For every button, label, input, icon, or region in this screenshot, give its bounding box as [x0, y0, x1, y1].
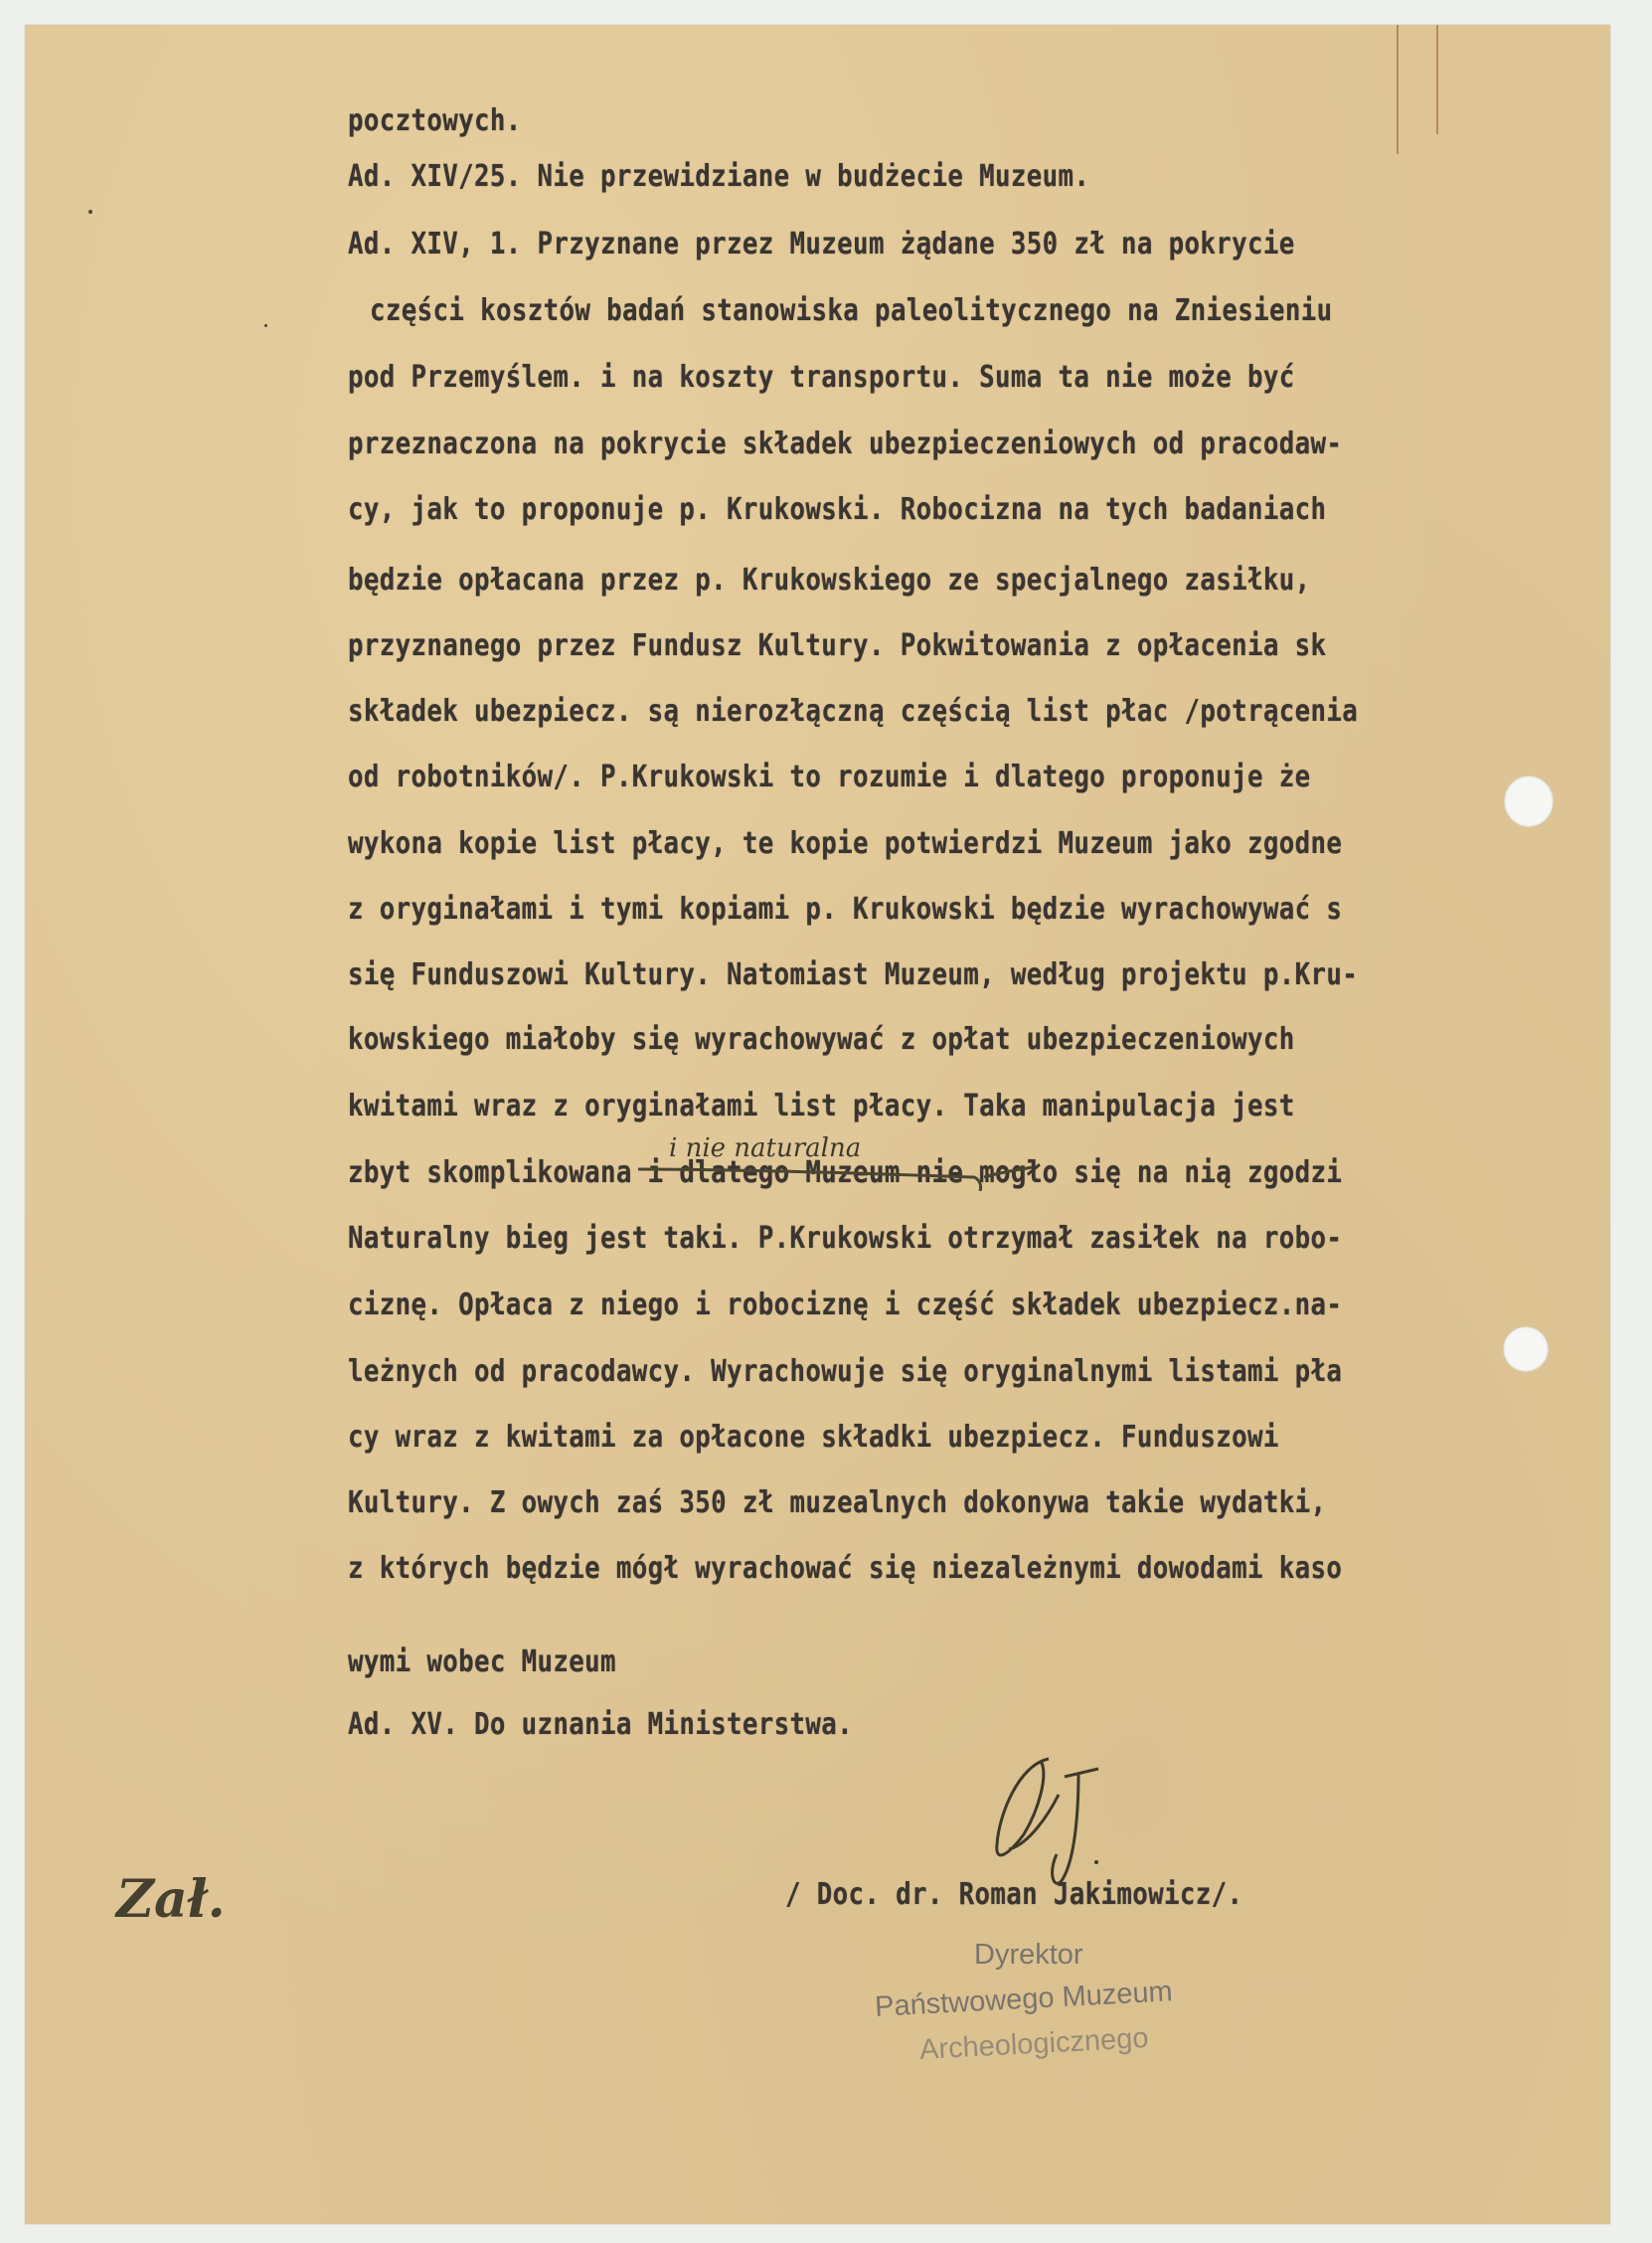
text-line: ciznę. Opłaca z niego i robociznę i częś…	[348, 1288, 1342, 1323]
staple-mark	[1397, 25, 1399, 154]
text-line: od robotników/. P.Krukowski to rozumie i…	[348, 760, 1310, 795]
punch-hole	[1504, 776, 1554, 827]
text-line: Ad. XIV, 1. Przyznane przez Muzeum żądan…	[348, 227, 1295, 262]
text-line: leżnych od pracodawcy. Wyrachowuje się o…	[348, 1354, 1342, 1390]
text-line: z których będzie mógł wyrachować się nie…	[348, 1551, 1342, 1587]
text-line: pocztowych.	[348, 103, 522, 139]
punch-hole	[1503, 1326, 1549, 1372]
margin-mark	[264, 324, 267, 327]
margin-mark	[88, 210, 92, 214]
text-line: z oryginałami i tymi kopiami p. Krukowsk…	[348, 892, 1342, 928]
stamp-title: Dyrektor	[974, 1939, 1083, 1972]
text-line: się Funduszowi Kultury. Natomiast Muzeum…	[348, 957, 1358, 993]
text-line: wymi wobec Muzeum	[348, 1644, 616, 1680]
margin-note: Zał.	[116, 1869, 226, 1930]
text-line: pod Przemyślem. i na koszty transportu. …	[348, 360, 1295, 396]
text-line: składek ubezpiecz. są nierozłączną częśc…	[348, 694, 1358, 730]
text-line: Ad. XIV/25. Nie przewidziane w budżecie …	[348, 159, 1089, 195]
text-line: kwitami wraz z oryginałami list płacy. T…	[348, 1089, 1295, 1124]
signature-initials-icon	[979, 1755, 1103, 1889]
insertion-brace-icon	[636, 1165, 1034, 1191]
text-line: cy, jak to proponuje p. Krukowski. Roboc…	[348, 492, 1326, 528]
text-line: Kultury. Z owych zaś 350 zł muzealnych d…	[348, 1485, 1326, 1521]
text-line: Ad. XV. Do uznania Ministerstwa.	[348, 1707, 853, 1743]
text-line: będzie opłacana przez p. Krukowskiego ze…	[348, 563, 1310, 599]
signatory-name: / Doc. dr. Roman Jakimowicz/.	[785, 1877, 1242, 1913]
text-line: przeznaczona na pokrycie składek ubezpie…	[348, 427, 1342, 462]
text-line: cy wraz z kwitami za opłacone składki ub…	[348, 1420, 1279, 1456]
staple-mark	[1436, 25, 1438, 134]
text-line: wykona kopie list płacy, te kopie potwie…	[348, 826, 1342, 862]
handwritten-annotation: i nie naturalna	[669, 1133, 861, 1163]
text-line: przyznanego przez Fundusz Kultury. Pokwi…	[348, 628, 1326, 664]
text-line: Naturalny bieg jest taki. P.Krukowski ot…	[348, 1221, 1342, 1257]
text-line: części kosztów badań stanowiska paleolit…	[370, 293, 1332, 329]
text-line: kowskiego miałoby się wyrachowywać z opł…	[348, 1022, 1295, 1058]
